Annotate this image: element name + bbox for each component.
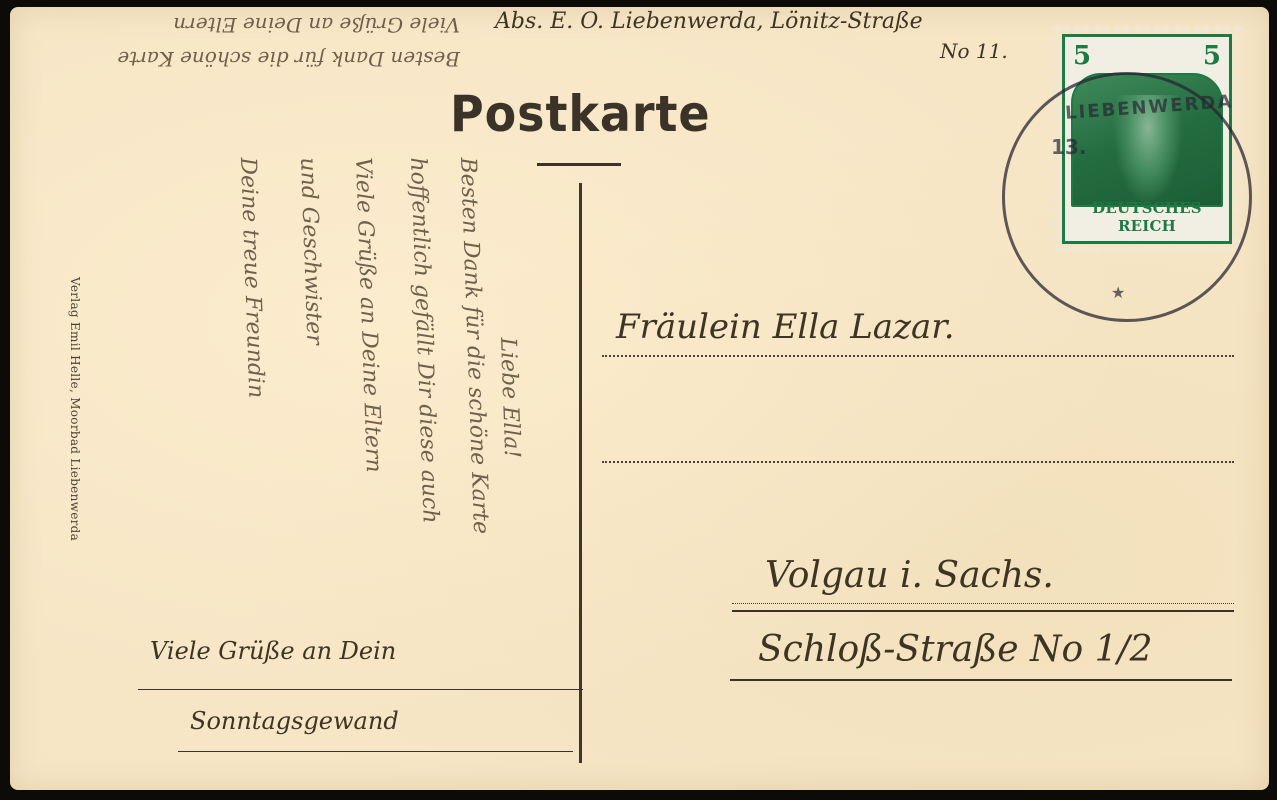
- closing-line: Sonntagsgewand: [190, 707, 399, 735]
- message-line: Besten Dank für die schöne Karte: [117, 47, 460, 71]
- stamp-value-left: 5: [1073, 41, 1091, 71]
- message-line: Liebe Ella!: [495, 337, 524, 459]
- postmark-star-icon: ★: [1111, 283, 1125, 302]
- closing-underline: [178, 751, 573, 752]
- address-line-1: Fräulein Ella Lazar.: [616, 307, 955, 347]
- address-line-3: Volgau i. Sachs.: [765, 555, 1054, 596]
- address-rule-3-dotted: [732, 603, 1234, 604]
- message-line: Viele Grüße an Deine Eltern: [350, 157, 386, 473]
- message-line: und Geschwister: [295, 157, 327, 345]
- address-rule-3: [732, 610, 1234, 612]
- message-line: Viele Grüße an Deine Eltern: [173, 13, 460, 37]
- stamp-value-right: 5: [1203, 41, 1221, 71]
- sender-line: Abs. E. O. Liebenwerda, Lönitz-Straße: [495, 9, 923, 34]
- postmark: LIEBENWERDA 13. ★: [1002, 72, 1252, 322]
- postmark-town: LIEBENWERDA: [1064, 91, 1233, 124]
- postmark-date: 13.: [1051, 135, 1086, 159]
- publisher-imprint: Verlag Emil Helle, Moorbad Liebenwerda: [68, 277, 82, 541]
- address-rule-1: [602, 355, 1234, 357]
- message-line: Deine treue Freundin: [235, 157, 268, 399]
- address-rule-2: [602, 461, 1234, 463]
- address-rule-4: [730, 679, 1232, 681]
- postcard-title: Postkarte: [450, 85, 710, 143]
- address-line-4: Schloß-Straße No 1/2: [758, 629, 1153, 670]
- message-line: hoffentlich gefällt Dir diese auch: [405, 157, 443, 524]
- closing-underline: [138, 689, 583, 690]
- message-line: Besten Dank für die schöne Karte: [455, 157, 493, 534]
- closing-line: Viele Grüße an Dein: [150, 637, 396, 665]
- sender-number: No 11.: [940, 39, 1008, 63]
- message-area: Liebe Ella! Besten Dank für die schöne K…: [90, 157, 580, 757]
